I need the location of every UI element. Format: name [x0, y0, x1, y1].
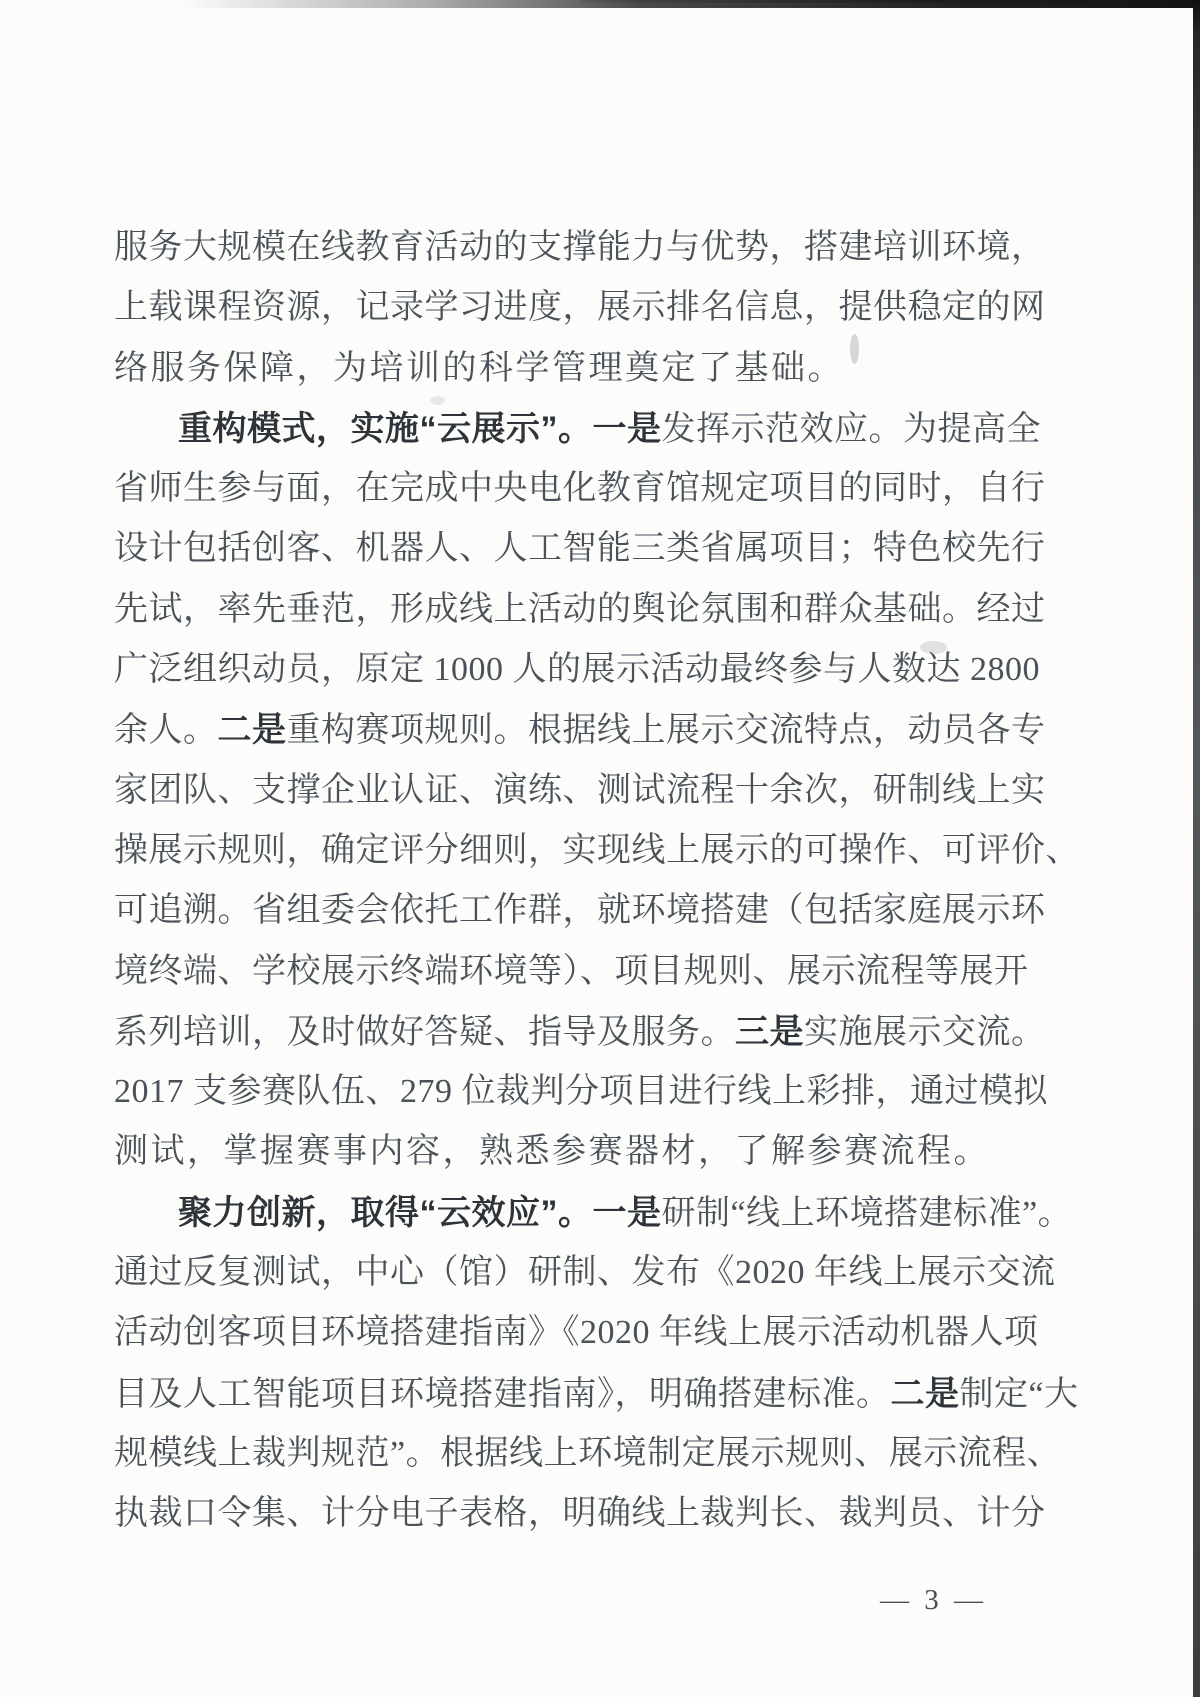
scanned-page: 服务大规模在线教育活动的支撑能力与优势，搭建培训环境，上载课程资源，记录学习进度… [0, 0, 1200, 1697]
text-line: 系列培训，及时做好答疑、指导及服务。三是实施展示交流。 [114, 1002, 991, 1062]
text-segment: 执裁口令集、计分电子表格，明确线上裁判长、裁判员、计分 [114, 1495, 1046, 1532]
text-segment: 实施展示交流。 [804, 1014, 1046, 1051]
text-line: 可追溯。省组委会依托工作群，就环境搭建（包括家庭展示环 [114, 881, 991, 941]
text-segment: 先试，率先垂范，形成线上活动的舆论氛围和群众基础。经过 [114, 591, 1046, 628]
text-segment-bold: 二是 [891, 1375, 960, 1413]
text-line: 执裁口令集、计分电子表格，明确线上裁判长、裁判员、计分 [114, 1484, 991, 1544]
text-segment: 境终端、学校展示终端环境等）、项目规则、展示流程等展开 [114, 953, 1029, 990]
text-line: 络服务保障，为培训的科学管理奠定了基础。 [114, 339, 991, 399]
text-segment: 省师生参与面，在完成中央电化教育馆规定项目的同时，自行 [114, 470, 1046, 507]
text-segment-bold: 重构模式，实施“云展示”。一是 [178, 410, 662, 448]
text-segment: 服务大规模在线教育活动的支撑能力与优势，搭建培训环境， [114, 229, 1046, 266]
text-segment: 通过反复测试，中心（馆）研制、发布《2020 年线上展示交流 [114, 1254, 1056, 1291]
text-segment-bold: 聚力创新，取得“云效应”。一是 [178, 1194, 662, 1232]
text-line: 活动创客项目环境搭建指南》《2020 年线上展示活动机器人项 [114, 1303, 991, 1363]
text-segment: 络服务保障，为培训的科学管理奠定了基础。 [114, 350, 844, 387]
text-line: 余人。二是重构赛项规则。根据线上展示交流特点，动员各专 [114, 700, 991, 760]
text-segment: 上载课程资源，记录学习进度，展示排名信息，提供稳定的网 [114, 289, 1046, 326]
text-segment: 设计包括创客、机器人、人工智能三类省属项目；特色校先行 [114, 530, 1046, 567]
text-line: 家团队、支撑企业认证、演练、测试流程十余次，研制线上实 [114, 761, 991, 821]
text-segment: 发挥示范效应。为提高全 [662, 411, 1042, 448]
text-line: 设计包括创客、机器人、人工智能三类省属项目；特色校先行 [114, 519, 991, 579]
scan-right-edge [1193, 0, 1200, 1697]
text-line: 2017 支参赛队伍、279 位裁判分项目进行线上彩排，通过模拟 [114, 1062, 991, 1122]
text-segment: 测试，掌握赛事内容，熟悉参赛器材，了解参赛流程。 [114, 1133, 990, 1170]
text-line: 省师生参与面，在完成中央电化教育馆规定项目的同时，自行 [114, 459, 991, 519]
text-segment: 重构赛项规则。根据线上展示交流特点，动员各专 [287, 712, 1046, 749]
text-segment: 目及人工智能项目环境搭建指南》，明确搭建标准。 [114, 1376, 891, 1413]
text-line: 操展示规则，确定评分细则，实现线上展示的可操作、可评价、 [114, 821, 991, 881]
text-segment: 活动创客项目环境搭建指南》《2020 年线上展示活动机器人项 [114, 1314, 1039, 1351]
page-number: — 3 — [880, 1584, 1040, 1617]
scan-top-edge-dark [580, 0, 1200, 3]
text-segment-bold: 三是 [735, 1013, 804, 1051]
text-segment: 制定“大 [960, 1376, 1079, 1413]
document-text-block: 服务大规模在线教育活动的支撑能力与优势，搭建培训环境，上载课程资源，记录学习进度… [114, 218, 991, 1545]
text-line: 服务大规模在线教育活动的支撑能力与优势，搭建培训环境， [114, 218, 991, 278]
text-line: 规模线上裁判规范”。根据线上环境制定展示规则、展示流程、 [114, 1424, 991, 1484]
text-segment: 可追溯。省组委会依托工作群，就环境搭建（包括家庭展示环 [114, 892, 1046, 929]
text-line: 重构模式，实施“云展示”。一是发挥示范效应。为提高全 [114, 399, 991, 459]
text-line: 境终端、学校展示终端环境等）、项目规则、展示流程等展开 [114, 942, 991, 1002]
text-line: 测试，掌握赛事内容，熟悉参赛器材，了解参赛流程。 [114, 1122, 991, 1182]
text-segment-bold: 二是 [218, 711, 287, 749]
text-line: 聚力创新，取得“云效应”。一是研制“线上环境搭建标准”。 [114, 1183, 991, 1243]
text-segment: 广泛组织动员，原定 1000 人的展示活动最终参与人数达 2800 [114, 651, 1040, 688]
text-segment: 家团队、支撑企业认证、演练、测试流程十余次，研制线上实 [114, 772, 1046, 809]
text-line: 目及人工智能项目环境搭建指南》，明确搭建标准。二是制定“大 [114, 1364, 991, 1424]
text-line: 上载课程资源，记录学习进度，展示排名信息，提供稳定的网 [114, 278, 991, 338]
text-segment: 操展示规则，确定评分细则，实现线上展示的可操作、可评价、 [114, 832, 1080, 869]
text-line: 通过反复测试，中心（馆）研制、发布《2020 年线上展示交流 [114, 1243, 991, 1303]
text-segment: 研制“线上环境搭建标准”。 [662, 1195, 1073, 1232]
text-segment: 系列培训，及时做好答疑、指导及服务。 [114, 1014, 735, 1051]
text-line: 广泛组织动员，原定 1000 人的展示活动最终参与人数达 2800 [114, 640, 991, 700]
text-segment: 2017 支参赛队伍、279 位裁判分项目进行线上彩排，通过模拟 [114, 1073, 1048, 1110]
text-segment: 余人。 [114, 712, 218, 749]
text-line: 先试，率先垂范，形成线上活动的舆论氛围和群众基础。经过 [114, 580, 991, 640]
text-segment: 规模线上裁判规范”。根据线上环境制定展示规则、展示流程、 [114, 1435, 1061, 1472]
